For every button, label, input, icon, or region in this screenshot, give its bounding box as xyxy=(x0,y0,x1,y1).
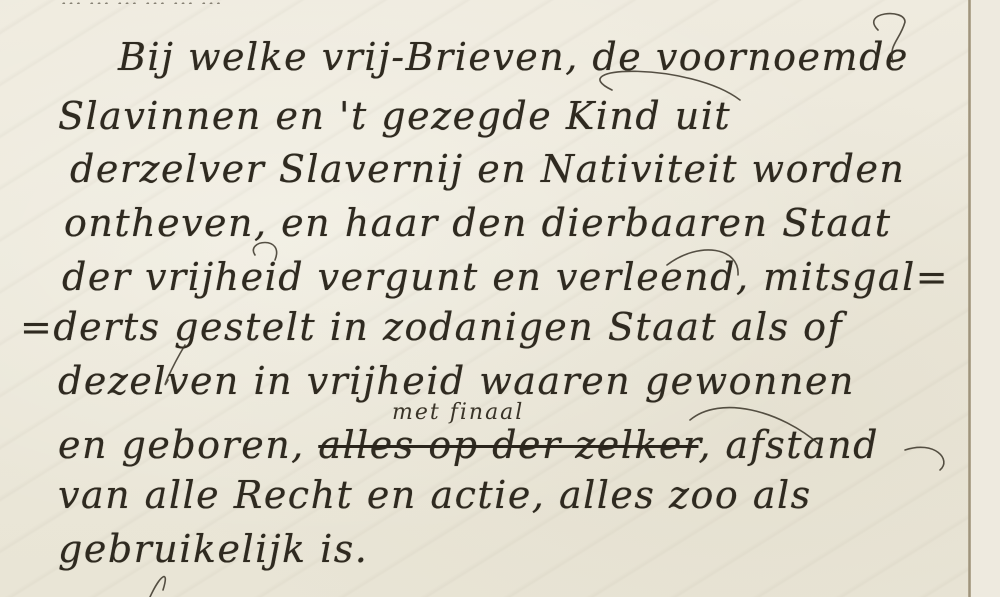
interlinear-insertion: met finaal xyxy=(392,400,524,425)
page-right-margin xyxy=(971,0,1000,597)
manuscript-line-8: en geboren, alles op der zelker, afstand xyxy=(58,426,879,464)
manuscript-line-7: dezelven in vrijheid waaren gewonnen xyxy=(58,362,855,400)
manuscript-line-5: der vrijheid vergunt en verleend, mitsga… xyxy=(62,258,949,296)
manuscript-line-10: gebruikelijk is. xyxy=(58,530,368,568)
manuscript-line-6: =derts gestelt in zodanigen Staat als of xyxy=(20,308,843,346)
cut-off-top-line: ……………… xyxy=(60,0,400,4)
manuscript-line-1: Bij welke vrij-Brieven, de voornoemde xyxy=(118,38,909,76)
manuscript-line-4: ontheven, en haar den dierbaaren Staat xyxy=(64,204,891,242)
manuscript-page: ……………… Bij welke vrij-Brieven, de voorno… xyxy=(0,0,1000,597)
manuscript-line-3: derzelver Slavernij en Nativiteit worden xyxy=(70,150,905,188)
manuscript-line-9: van alle Recht en actie, alles zoo als xyxy=(58,476,812,514)
line-8-prefix: en geboren, xyxy=(58,423,318,467)
struck-through-text: alles op der zelker xyxy=(318,423,698,467)
manuscript-line-2: Slavinnen en 't gezegde Kind uit xyxy=(58,97,731,135)
line-8-suffix: , afstand xyxy=(698,423,879,467)
